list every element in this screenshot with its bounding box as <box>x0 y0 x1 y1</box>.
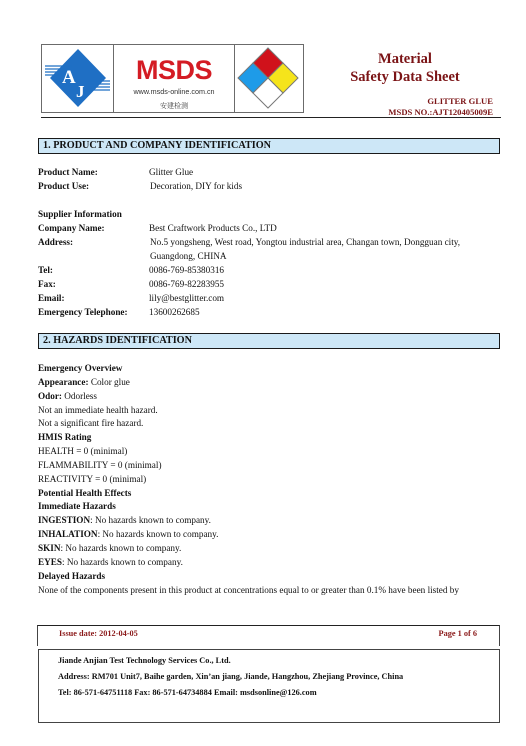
company-label: Company Name: <box>38 222 149 236</box>
footer-contact: Tel: 86-571-64751118 Fax: 86-571-6473488… <box>58 685 499 701</box>
route-skin: SKIN: No hazards known to company. <box>38 542 459 556</box>
email-row: Email:lily@bestglitter.com <box>38 292 224 306</box>
product-label: GLITTER GLUE <box>388 96 493 107</box>
msds-logo: MSDS www.msds-online.com.cn 安建检测 <box>114 45 235 112</box>
appearance-value: Color glue <box>89 377 130 387</box>
immediate-hazards-heading: Immediate Hazards <box>38 500 459 514</box>
nfpa-hazard-diamond-icon <box>235 45 301 111</box>
page-number: Page 1 of 6 <box>439 629 477 638</box>
route-inhalation: INHALATION: No hazards known to company. <box>38 528 459 542</box>
header-divider <box>41 117 501 118</box>
fax-row: Fax:0086-769-82283955 <box>38 278 224 292</box>
aj-logo: A J <box>42 45 114 112</box>
supplier-heading: Supplier Information <box>38 208 122 222</box>
email-label: Email: <box>38 292 149 306</box>
route-text: : No hazards known to company. <box>98 529 219 539</box>
product-use-label: Product Use: <box>38 180 149 194</box>
emergency-overview-heading: Emergency Overview <box>38 362 459 376</box>
product-id-block: GLITTER GLUE MSDS NO.:AJT120405009E <box>388 96 493 117</box>
tel-value: 0086-769-85380316 <box>149 264 224 278</box>
delayed-hazards-text: None of the components present in this p… <box>38 584 459 598</box>
emergency-phone-value: 13600262685 <box>149 306 200 320</box>
hazards-content: Emergency Overview Appearance: Color glu… <box>38 362 459 597</box>
address-line-2: Guangdong, CHINA <box>150 251 227 261</box>
delayed-hazards-heading: Delayed Hazards <box>38 570 459 584</box>
msds-logo-text: MSDS <box>114 57 234 84</box>
appearance-label: Appearance: <box>38 377 89 387</box>
section-2-heading: 2. HAZARDS IDENTIFICATION <box>38 333 500 349</box>
svg-text:J: J <box>76 82 85 101</box>
title-line-2: Safety Data Sheet <box>320 68 490 86</box>
tel-label: Tel: <box>38 264 149 278</box>
route-text: : No hazards known to company. <box>90 515 211 525</box>
product-use-value: Decoration, DIY for kids <box>149 180 242 194</box>
company-row: Company Name:Best Craftwork Products Co.… <box>38 222 277 236</box>
title-line-1: Material <box>320 50 490 68</box>
odor-label: Odor: <box>38 391 62 401</box>
footer-company: Jiande Anjian Test Technology Services C… <box>58 653 499 669</box>
odor-line: Odor: Odorless <box>38 390 459 404</box>
hmis-reactivity: REACTIVITY = 0 (minimal) <box>38 473 459 487</box>
product-use-row: Product Use:Decoration, DIY for kids <box>38 180 242 194</box>
hmis-heading: HMIS Rating <box>38 431 459 445</box>
msds-number: MSDS NO.:AJT120405009E <box>388 107 493 118</box>
route-eyes: EYES: No hazards known to company. <box>38 556 459 570</box>
address-label: Address: <box>38 236 149 250</box>
route-label: INHALATION <box>38 529 98 539</box>
route-text: : No hazards known to company. <box>60 543 181 553</box>
footer-address: Address: RM701 Unit7, Baihe garden, Xin’… <box>58 669 499 685</box>
fax-label: Fax: <box>38 278 149 292</box>
appearance-line: Appearance: Color glue <box>38 376 459 390</box>
section-1-heading: 1. PRODUCT AND COMPANY IDENTIFICATION <box>38 138 500 154</box>
emergency-phone-label: Emergency Telephone: <box>38 306 149 320</box>
footer-issue-bar: Issue date: 2012-04-05 Page 1 of 6 <box>37 625 500 646</box>
fire-note: Not a significant fire hazard. <box>38 417 459 431</box>
odor-value: Odorless <box>62 391 97 401</box>
health-note: Not an immediate health hazard. <box>38 404 459 418</box>
route-text: : No hazards known to company. <box>62 557 183 567</box>
header-logo-strip: A J MSDS www.msds-online.com.cn 安建检测 <box>41 44 304 113</box>
route-label: SKIN <box>38 543 60 553</box>
address-value: No.5 yongsheng, West road, Yongtou indus… <box>149 236 460 264</box>
address-row: Address:No.5 yongsheng, West road, Yongt… <box>38 236 460 264</box>
emergency-phone-row: Emergency Telephone:13600262685 <box>38 306 200 320</box>
route-ingestion: INGESTION: No hazards known to company. <box>38 514 459 528</box>
address-line-1: No.5 yongsheng, West road, Yongtou indus… <box>150 237 460 247</box>
nfpa-diamond <box>235 45 303 112</box>
product-name-label: Product Name: <box>38 166 149 180</box>
route-label: EYES <box>38 557 62 567</box>
potential-effects-heading: Potential Health Effects <box>38 487 459 501</box>
aj-diamond-icon: A J <box>42 45 112 111</box>
product-name-row: Product Name:Glitter Glue <box>38 166 193 180</box>
hmis-health: HEALTH = 0 (minimal) <box>38 445 459 459</box>
route-label: INGESTION <box>38 515 90 525</box>
fax-value: 0086-769-82283955 <box>149 278 224 292</box>
msds-logo-chinese: 安建检测 <box>114 101 234 111</box>
company-value: Best Craftwork Products Co., LTD <box>149 222 277 236</box>
msds-logo-url: www.msds-online.com.cn <box>114 87 234 96</box>
product-name-value: Glitter Glue <box>149 166 193 180</box>
footer-contact-box: Jiande Anjian Test Technology Services C… <box>38 649 500 723</box>
issue-date: Issue date: 2012-04-05 <box>59 629 138 638</box>
email-value: lily@bestglitter.com <box>149 292 224 306</box>
document-title: Material Safety Data Sheet <box>320 50 490 86</box>
svg-text:A: A <box>62 67 76 88</box>
tel-row: Tel:0086-769-85380316 <box>38 264 224 278</box>
hmis-flammability: FLAMMABILITY = 0 (minimal) <box>38 459 459 473</box>
